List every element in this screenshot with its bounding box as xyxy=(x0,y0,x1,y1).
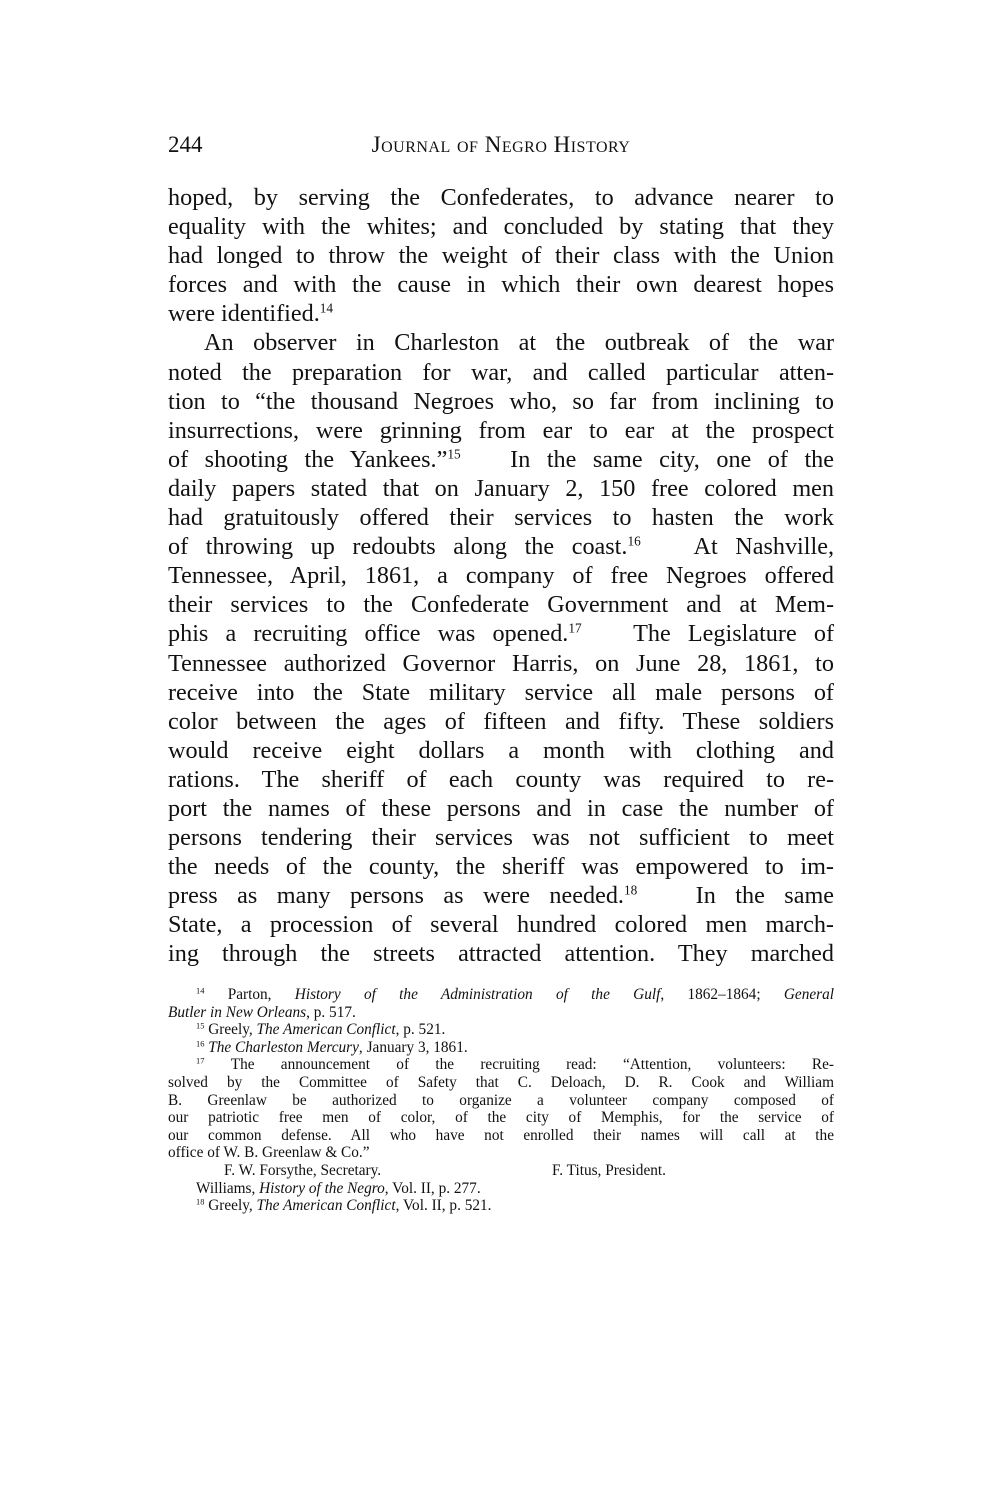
footnote-17: 17 The announcement of the recruiting re… xyxy=(168,1056,834,1074)
footnote-18: 18 Greely, The American Conflict, Vol. I… xyxy=(168,1197,834,1215)
footnote-title: The Charleston Mercury xyxy=(208,1039,359,1056)
body-line: daily papers stated that on January 2, 1… xyxy=(168,474,834,503)
body-line: Tennessee authorized Governor Harris, on… xyxy=(168,649,834,678)
body-line: rations. The sheriff of each county was … xyxy=(168,765,834,794)
footnote-17-source: Williams, History of the Negro, Vol. II,… xyxy=(168,1180,834,1198)
body-line: port the names of these persons and in c… xyxy=(168,794,834,823)
footnote-14-cont: Butler in New Orleans, p. 517. xyxy=(168,1004,834,1022)
body-line: noted the preparation for war, and calle… xyxy=(168,358,834,387)
body-line: press as many persons as were needed.18 … xyxy=(168,881,834,910)
footnote-title: The American Conflict xyxy=(257,1021,396,1038)
body-line: hoped, by serving the Confederates, to a… xyxy=(168,183,834,212)
footnote-16: 16 The Charleston Mercury, January 3, 18… xyxy=(168,1039,834,1057)
footnote-ref-15: 15 xyxy=(447,446,460,461)
footnotes-section: 14 Parton, History of the Administration… xyxy=(168,986,834,1215)
footnote-ref-18: 18 xyxy=(624,883,637,898)
footnote-title: History of the Administration of the Gul… xyxy=(295,986,661,1003)
body-line: had longed to throw the weight of their … xyxy=(168,241,834,270)
body-line: phis a recruiting office was opened.17 T… xyxy=(168,619,834,648)
body-line: of shooting the Yankees.”15 In the same … xyxy=(168,445,834,474)
body-line: receive into the State military service … xyxy=(168,678,834,707)
signature-president: F. Titus, President. xyxy=(552,1162,666,1180)
footnote-ref-16: 16 xyxy=(627,533,640,548)
body-line: were identified.14 xyxy=(168,299,834,328)
body-line: equality with the whites; and concluded … xyxy=(168,212,834,241)
footnote-17-line: office of W. B. Greenlaw & Co.” xyxy=(168,1144,834,1162)
body-line: would receive eight dollars a month with… xyxy=(168,736,834,765)
footnote-17-line: our patriotic free men of color, of the … xyxy=(168,1109,834,1127)
footnote-17-line: B. Greenlaw be authorized to organize a … xyxy=(168,1092,834,1110)
body-text: hoped, by serving the Confederates, to a… xyxy=(168,183,834,969)
body-line: persons tendering their services was not… xyxy=(168,823,834,852)
footnote-title: The American Conflict xyxy=(257,1197,396,1214)
body-line: color between the ages of fifteen and fi… xyxy=(168,707,834,736)
journal-title: Journal of Negro History xyxy=(168,132,834,158)
body-line: Tennessee, April, 1861, a company of fre… xyxy=(168,561,834,590)
body-line: ing through the streets attracted attent… xyxy=(168,939,834,968)
footnote-15: 15 Greely, The American Conflict, p. 521… xyxy=(168,1021,834,1039)
body-line: tion to “the thousand Negroes who, so fa… xyxy=(168,387,834,416)
footnote-14: 14 Parton, History of the Administration… xyxy=(168,986,834,1004)
body-line: State, a procession of several hundred c… xyxy=(168,910,834,939)
body-line: their services to the Confederate Govern… xyxy=(168,590,834,619)
running-header: 244 Journal of Negro History xyxy=(168,132,834,162)
footnote-17-signatures: F. W. Forsythe, Secretary.F. Titus, Pres… xyxy=(168,1162,834,1180)
footnote-title: History of the Negro xyxy=(259,1180,385,1197)
footnote-17-line: solved by the Committee of Safety that C… xyxy=(168,1074,834,1092)
body-line: insurrections, were grinning from ear to… xyxy=(168,416,834,445)
footnote-17-line: our common defense. All who have not enr… xyxy=(168,1127,834,1145)
body-line: the needs of the county, the sheriff was… xyxy=(168,852,834,881)
body-line: forces and with the cause in which their… xyxy=(168,270,834,299)
body-line: had gratuitously offered their services … xyxy=(168,503,834,532)
footnote-title: Butler in New Orleans xyxy=(168,1004,306,1021)
paragraph-start: An observer in Charleston at the outbrea… xyxy=(168,328,834,357)
footnote-ref-17: 17 xyxy=(568,621,581,636)
signature-secretary: F. W. Forsythe, Secretary. xyxy=(224,1162,381,1180)
body-line: of throwing up redoubts along the coast.… xyxy=(168,532,834,561)
footnote-ref-14: 14 xyxy=(320,301,333,316)
